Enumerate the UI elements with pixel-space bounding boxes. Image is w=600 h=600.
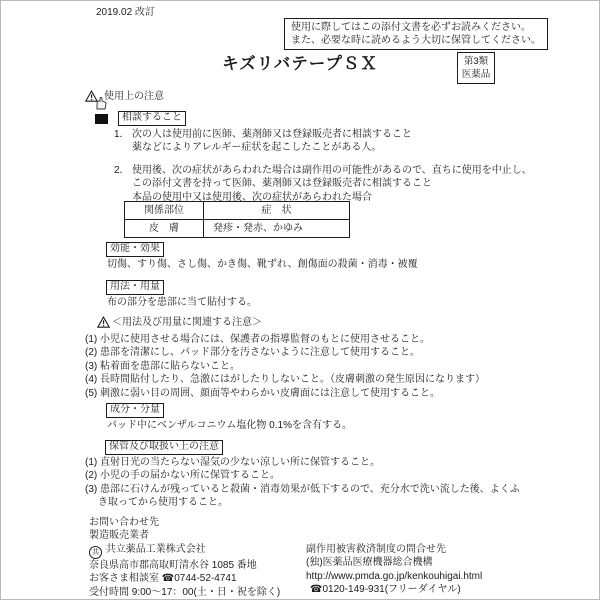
company-name: 共立薬品工業株式会社 xyxy=(106,544,206,555)
dosage-note-list: (1) 小児に使用させる場合には、保護者の指導監督のもとに使用させること。 (2… xyxy=(85,333,530,400)
dosage-related-heading-row: ＜用法及び用量に関連する注意＞ xyxy=(97,316,262,332)
product-title: キズリバテープＳＸ xyxy=(1,58,599,71)
dosage-note-item: (1) 小児に使用させる場合には、保護者の指導監督のもとに使用させること。 xyxy=(85,333,530,346)
dosage-note-item: (3) 粘着面を患部に貼らないこと。 xyxy=(85,360,530,373)
company-address: 奈良県高市郡高取町清水谷 1085 番地 xyxy=(89,559,304,572)
ingredients-text: パッド中にベンザルコニウム塩化物 0.1%を含有する。 xyxy=(107,419,537,432)
storage-note-list: (1) 直射日光の当たらない湿気の少ない涼しい所に保管すること。 (2) 小児の… xyxy=(85,456,523,510)
section-heading-efficacy: 効能・効果 xyxy=(106,242,164,257)
relief-org: (独)医薬品医療機器総合機構 xyxy=(306,556,536,569)
section-heading-consult: 相談すること xyxy=(118,111,186,126)
notice-line-2: また、必要な時に読めるよう大切に保管してください。 xyxy=(291,34,541,47)
contact-heading: お問い合わせ先 xyxy=(89,516,159,529)
manufacturer-block: 共 共立薬品工業株式会社 奈良県高市郡高取町清水谷 1085 番地 お客さま相談… xyxy=(89,543,304,599)
company-hours: 受付時間 9:00～17：00(土・日・祝を除く) xyxy=(89,586,304,599)
consult-item-2: 2． 使用後、次の症状があらわれた場合は副作用の可能性があるので、直ちに使用を中… xyxy=(114,164,534,204)
drug-class-line-1: 第3類 xyxy=(459,55,493,68)
drug-class-badge: 第3類 医薬品 xyxy=(457,52,495,84)
revision-date: 2019.02 改訂 xyxy=(96,6,155,19)
consult-item-1-line-1: 次の人は使用前に医師、薬剤師又は登録販売者に相談すること xyxy=(132,128,412,141)
symptom-table-header-row: 関係部位 症 状 xyxy=(125,202,350,220)
relief-heading: 副作用被害救済制度の問合せ先 xyxy=(306,543,536,556)
section-heading-ingredients: 成分・分量 xyxy=(106,403,164,418)
efficacy-text: 切傷、すり傷、さし傷、かき傷、靴ずれ、創傷面の殺菌・消毒・被覆 xyxy=(107,258,537,271)
notice-box: 使用に際してはこの添付文書を必ずお読みください。 また、必要な時に読めるよう大切… xyxy=(284,18,548,50)
storage-note-item: (1) 直射日光の当たらない湿気の少ない涼しい所に保管すること。 xyxy=(85,456,523,469)
relief-url: http://www.pmda.go.jp/kenkouhigai.html xyxy=(306,570,536,583)
symptom-table: 関係部位 症 状 皮 膚 発疹・発赤、かゆみ xyxy=(124,201,350,238)
dosage-related-heading: ＜用法及び用量に関連する注意＞ xyxy=(112,316,262,329)
consult-item-2-line-1: 使用後、次の症状があらわれた場合は副作用の可能性があるので、直ちに使用を中止し、 xyxy=(132,164,532,177)
manufacturer-label: 製造販売業者 xyxy=(89,529,149,542)
symptom-table-cell-part: 皮 膚 xyxy=(125,220,204,238)
dosage-note-item: (5) 刺激に弱い目の周囲、顔面等やわらかい皮膚面には注意して使用すること。 xyxy=(85,387,530,400)
section-heading-storage: 保管及び取扱い上の注意 xyxy=(105,440,223,455)
symptom-table-header-part: 関係部位 xyxy=(125,202,204,220)
consult-item-2-line-2: この添付文書を持って医師、薬剤師又は登録販売者に相談すること xyxy=(132,177,532,190)
dosage-note-item: (4) 長時間貼付したり、急激にはがしたりしないこと。（皮膚刺激の発生原因になり… xyxy=(85,373,530,386)
relief-system-block: 副作用被害救済制度の問合せ先 (独)医薬品医療機器総合機構 http://www… xyxy=(306,543,536,597)
consult-pictogram-icon xyxy=(95,97,109,124)
consult-item-2-number: 2． xyxy=(114,164,132,204)
symptom-table-header-symptom: 症 状 xyxy=(204,202,350,220)
company-logo-icon: 共 xyxy=(89,546,102,559)
precautions-heading: 使用上の注意 xyxy=(104,90,164,103)
package-insert-document: 2019.02 改訂 使用に際してはこの添付文書を必ずお読みください。 また、必… xyxy=(0,0,600,600)
storage-note-item: (3) 患部に石けんが残っていると殺菌・消毒効果が低下するので、充分水で洗い流し… xyxy=(85,483,523,510)
consult-item-1-number: 1． xyxy=(114,128,132,155)
notice-line-1: 使用に際してはこの添付文書を必ずお読みください。 xyxy=(291,21,541,34)
consult-item-1-line-2: 薬などによりアレルギー症状を起こしたことがある人。 xyxy=(132,141,412,154)
drug-class-line-2: 医薬品 xyxy=(459,68,493,81)
section-heading-dosage: 用法・用量 xyxy=(106,280,164,295)
relief-phone: ☎0120-149-931(フリーダイヤル) xyxy=(306,583,536,596)
symptom-table-row: 皮 膚 発疹・発赤、かゆみ xyxy=(125,220,350,238)
dosage-text: 布の部分を患部に当て貼付する。 xyxy=(107,296,537,309)
consult-item-1: 1． 次の人は使用前に医師、薬剤師又は登録販売者に相談すること 薬などによりアレ… xyxy=(114,128,524,155)
warning-icon xyxy=(97,316,110,332)
symptom-table-cell-symptom: 発疹・発赤、かゆみ xyxy=(204,220,350,238)
storage-note-item: (2) 小児の手の届かない所に保管すること。 xyxy=(85,469,523,482)
dosage-note-item: (2) 患部を清潔にし、パッド部分を汚さないように注意して使用すること。 xyxy=(85,346,530,359)
pictogram-pad xyxy=(95,114,108,124)
company-phone: お客さま相談室 ☎0744-52-4741 xyxy=(89,572,304,585)
